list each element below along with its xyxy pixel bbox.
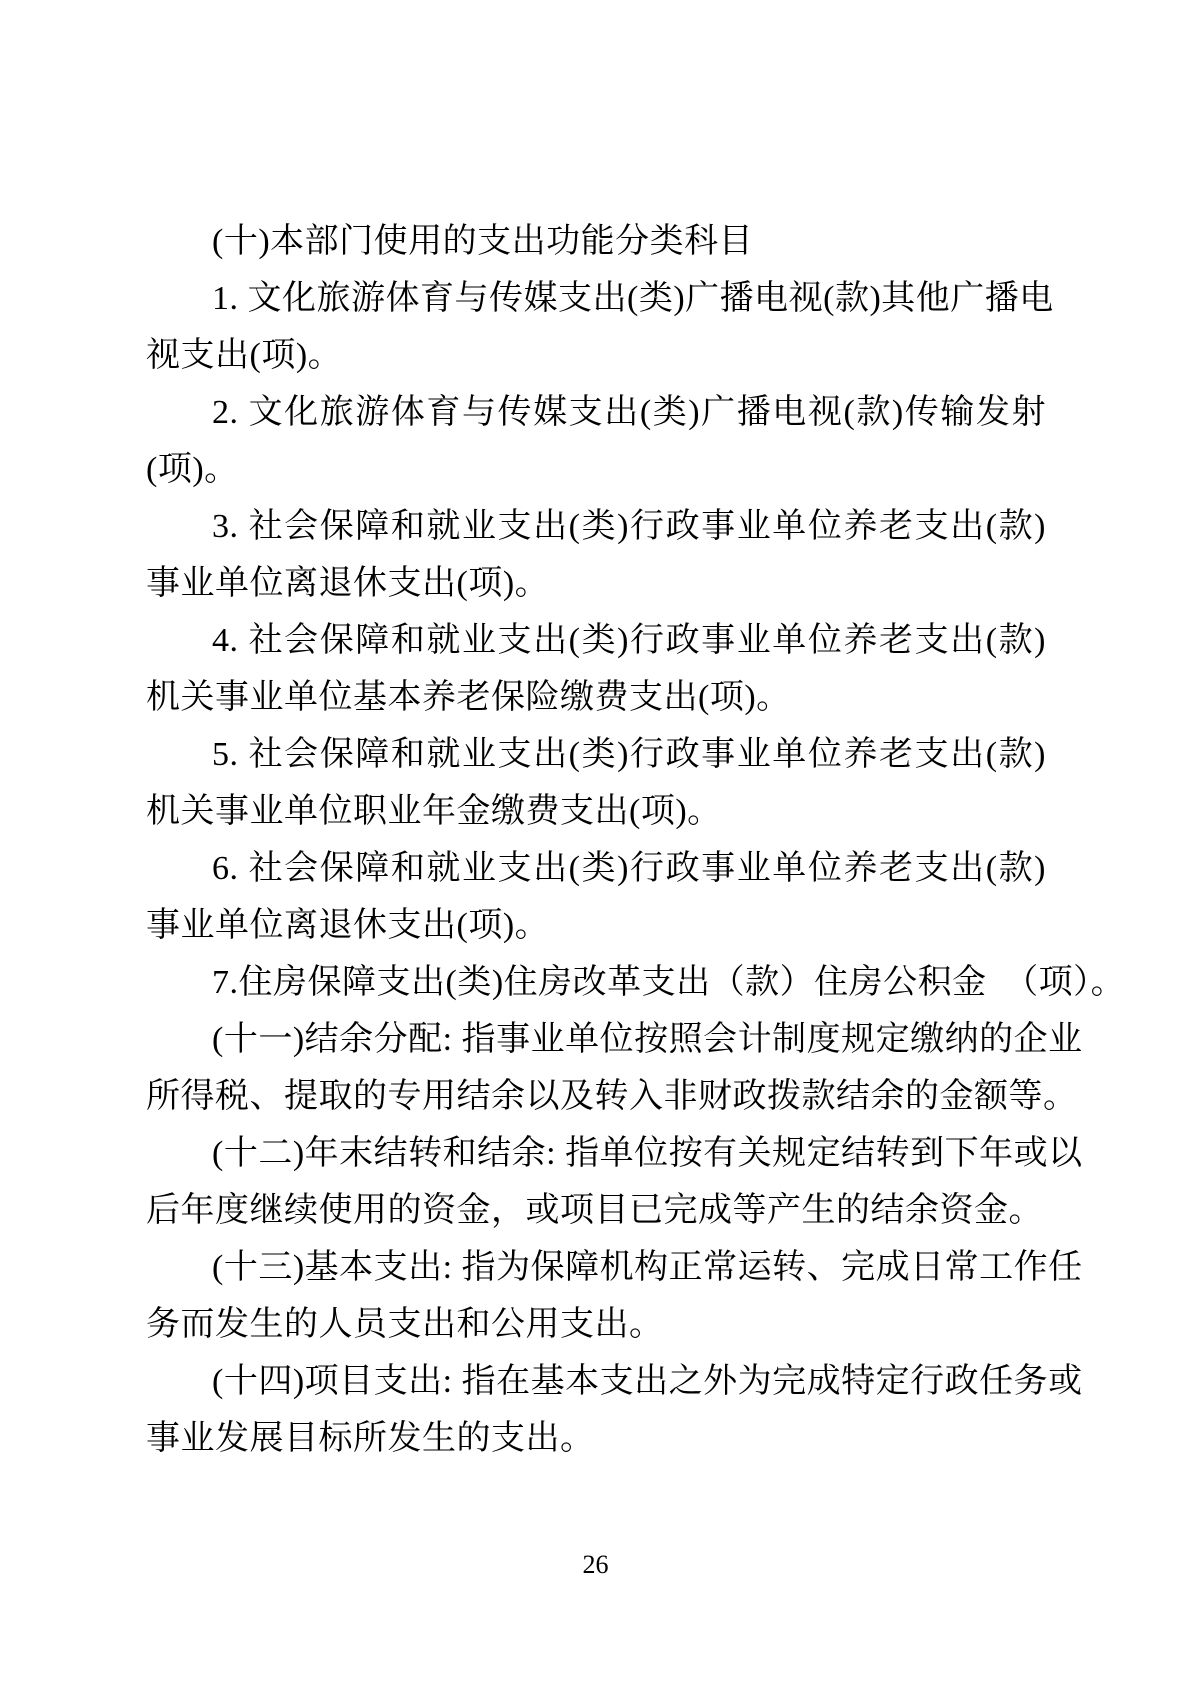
section-11-line-2: 所得税、提取的专用结余以及转入非财政拨款结余的金额等。: [146, 1068, 1046, 1125]
section-14-line-2: 事业发展目标所发生的支出。: [146, 1410, 1046, 1467]
section-14-line-1: (十四)项目支出: 指在基本支出之外为完成特定行政任务或: [146, 1353, 1046, 1410]
item-5-line-1: 5. 社会保障和就业支出(类)行政事业单位养老支出(款): [146, 726, 1046, 783]
item-3-line-1: 3. 社会保障和就业支出(类)行政事业单位养老支出(款): [146, 498, 1046, 555]
section-12-line-2: 后年度继续使用的资金，或项目已完成等产生的结余资金。: [146, 1182, 1046, 1239]
page-number: 26: [0, 1548, 1191, 1582]
item-4-line-1: 4. 社会保障和就业支出(类)行政事业单位养老支出(款): [146, 612, 1046, 669]
item-7-line-1: 7.住房保障支出(类)住房改革支出（款）住房公积金 （项）。: [146, 954, 1046, 1011]
document-page: (十)本部门使用的支出功能分类科目 1. 文化旅游体育与传媒支出(类)广播电视(…: [0, 0, 1191, 1684]
section-12-line-1: (十二)年末结转和结余: 指单位按有关规定结转到下年或以: [146, 1125, 1046, 1182]
item-6-line-1: 6. 社会保障和就业支出(类)行政事业单位养老支出(款): [146, 840, 1046, 897]
heading-line-section-10: (十)本部门使用的支出功能分类科目: [146, 213, 1046, 270]
document-text-block: (十)本部门使用的支出功能分类科目 1. 文化旅游体育与传媒支出(类)广播电视(…: [146, 213, 1046, 1467]
item-2-line-2: (项)。: [146, 441, 1046, 498]
item-6-line-2: 事业单位离退休支出(项)。: [146, 897, 1046, 954]
section-13-line-1: (十三)基本支出: 指为保障机构正常运转、完成日常工作任: [146, 1239, 1046, 1296]
section-13-line-2: 务而发生的人员支出和公用支出。: [146, 1296, 1046, 1353]
item-1-line-1: 1. 文化旅游体育与传媒支出(类)广播电视(款)其他广播电: [146, 270, 1046, 327]
section-11-line-1: (十一)结余分配: 指事业单位按照会计制度规定缴纳的企业: [146, 1011, 1046, 1068]
item-1-line-2: 视支出(项)。: [146, 327, 1046, 384]
item-4-line-2: 机关事业单位基本养老保险缴费支出(项)。: [146, 669, 1046, 726]
item-5-line-2: 机关事业单位职业年金缴费支出(项)。: [146, 783, 1046, 840]
item-3-line-2: 事业单位离退休支出(项)。: [146, 555, 1046, 612]
item-2-line-1: 2. 文化旅游体育与传媒支出(类)广播电视(款)传输发射: [146, 384, 1046, 441]
